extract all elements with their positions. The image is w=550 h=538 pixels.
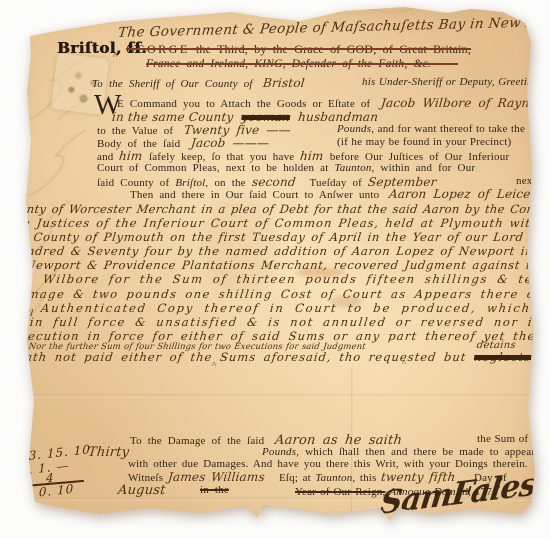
insertion-caret: ^ xyxy=(113,51,117,61)
answer-lead-text: Then and there in Our ſaid Court to Anſw… xyxy=(130,189,379,201)
defendant-name: Jacob Wilbore of Raynham xyxy=(381,96,550,110)
residence-text: in the same County xyxy=(111,110,234,124)
plea-line: hundred & Seventy four by the named addi… xyxy=(10,244,550,258)
fold-crease-horizontal xyxy=(28,394,532,398)
sum-of-text: the Sum of xyxy=(477,433,528,445)
sheriff-address-line: To the Sheriff of Our County of Bristol xyxy=(92,76,305,90)
plaintiff-name: Aaron Lopez of Leicester xyxy=(389,187,550,201)
damage-lead-text: To the Damage of the ſaid xyxy=(130,435,264,447)
royal-style-line-2: France and Ireland, KING, Defender of th… xyxy=(146,58,458,70)
attach-text: E Command you to Attach the Goods or Eſt… xyxy=(117,98,370,110)
plea-final-line: hath not paid either of the Sums aforesa… xyxy=(16,350,550,364)
court-tail-text: within and for Our xyxy=(374,162,475,174)
document-photo: The Government & People of Maſsachuſetts… xyxy=(0,0,550,538)
greeting-text: his Under-Sheriff or Deputy, Greeting. xyxy=(362,76,541,88)
month-fill: August xyxy=(117,483,166,498)
struck-reign-text: Year of Our Reign, xyxy=(295,486,385,498)
final-tail-text: them xyxy=(530,350,550,364)
command-line-1: E Command you to Attach the Goods or Eſt… xyxy=(117,96,550,110)
writ-paper-wrapper: The Government & People of Maſsachuſetts… xyxy=(0,0,550,538)
royal-line1-rest: the Third, by the Grace of GOD, of Great… xyxy=(190,42,471,56)
answer-line: Then and there in Our ſaid Court to Anſw… xyxy=(130,187,550,201)
body-name-fill: Jacob ——— xyxy=(191,136,271,150)
pounds-word: Pounds, xyxy=(262,446,299,458)
plea-line: the County of Plymouth on the first Tues… xyxy=(6,230,550,244)
esq-at-text: Eſq; at xyxy=(279,472,311,484)
occupation-text: husbandman xyxy=(297,110,379,124)
plea-line: -cob Wilbore for the Sum of thirteen pou… xyxy=(2,272,550,286)
royal-style-line-1: GEORGE the Third, by the Grace of GOD, o… xyxy=(126,42,471,57)
this-word: this xyxy=(360,472,377,484)
him-fill-2: him xyxy=(300,149,325,163)
plea-line: County of Worcester Merchant in a plea o… xyxy=(2,202,550,216)
costs-tally-row: 2. 1. — xyxy=(20,458,69,477)
due-damages-line: with other due Damages. And have you the… xyxy=(128,458,528,470)
appear-line: Pounds, which ſhall then and there be ma… xyxy=(262,446,538,458)
value-line-left: to the Value of Twenty five —— xyxy=(97,123,291,137)
value-line-right: Pounds, and for want thereof to take the xyxy=(337,123,525,135)
plea-line: Damage & two pounds one shilling Cost of… xyxy=(8,287,550,301)
struck-in-the: in the xyxy=(200,484,229,496)
value-tail-text: and for want thereof to take the xyxy=(374,123,525,135)
writ-paper: The Government & People of Maſsachuſetts… xyxy=(0,0,550,538)
appear-text: which ſhall then and there be made to ap… xyxy=(299,446,538,458)
him-fill-1: him xyxy=(119,149,144,163)
court-line: Court of Common Pleas, next to be holden… xyxy=(97,162,475,174)
plea-line: of Newport & Providence Plantations Merc… xyxy=(6,258,550,272)
damage-amount-fill: Thirty xyxy=(87,445,130,460)
taunton-word: Taunton, xyxy=(315,472,355,484)
county-fill-in: Bristol xyxy=(262,76,305,90)
pounds-word: Pounds, xyxy=(337,123,374,135)
royal-name: GEORGE xyxy=(126,42,190,56)
body-line-left: Body of the ſaid Jacob ——— xyxy=(97,136,270,150)
taunton-word: Taunton, xyxy=(334,162,374,174)
plea-line: the Justices of the Inferiour Court of C… xyxy=(8,216,550,230)
plea-line: Execution in force for either of said Su… xyxy=(10,329,550,343)
value-amount-fill: Twenty five —— xyxy=(183,123,291,137)
plea-line: an Authenticated Copy thereof in Court t… xyxy=(12,301,550,315)
insertion-caret: ^ xyxy=(402,358,406,368)
court-text: Court of Common Pleas, next to be holden… xyxy=(97,162,329,174)
defendant-residence-line: in the same County yeoman husbandman xyxy=(111,110,379,124)
struck-word: neglects xyxy=(473,350,532,364)
justice-name-fill: James Williams xyxy=(167,470,265,484)
keep-line: and him ſafely keep, ſo that you have hi… xyxy=(97,149,509,163)
precinct-text: (if he may be found in your Precinct) xyxy=(337,136,511,148)
plea-line: is in full force & unsatisfied & is not … xyxy=(7,315,550,329)
insertion-caret: ^ xyxy=(212,360,216,370)
struck-word: yeoman xyxy=(241,110,291,124)
next-word: next : xyxy=(516,175,542,187)
